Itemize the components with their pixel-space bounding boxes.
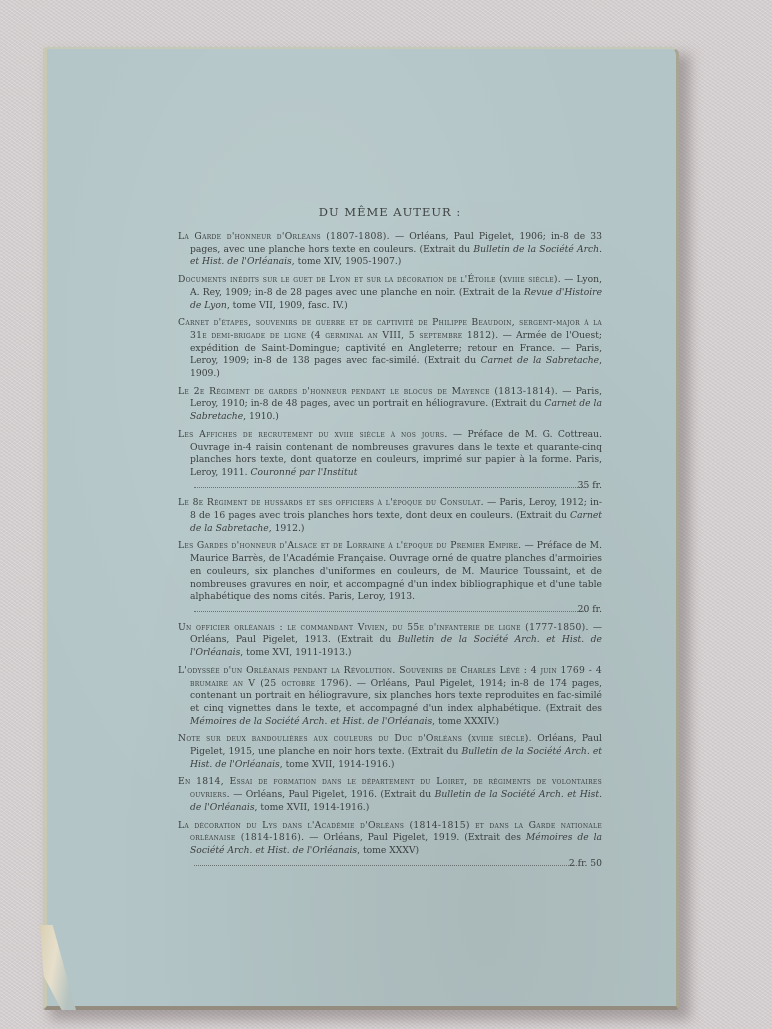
bibliography-entry: Les Gardes d'honneur d'Alsace et de Lorr… — [178, 540, 602, 616]
entry-source: Couronné par l'Institut — [251, 467, 358, 478]
bibliography-entry: La Garde d'honneur d'Orléans (1807-1808)… — [178, 231, 602, 269]
entry-source: Carnet de la Sabretache — [481, 355, 599, 366]
bibliography-entry: Un officier orléanais : le commandant Vi… — [178, 622, 602, 660]
bibliography-entry: La décoration du Lys dans l'Académie d'O… — [178, 820, 602, 871]
entry-title: La Garde d'honneur d'Orléans (1807-1808)… — [178, 231, 390, 242]
entry-price: 35 fr. — [590, 480, 602, 493]
entry-price: 20 fr. — [590, 604, 602, 617]
entry-source: Mémoires de la Société Arch. et Hist. de… — [190, 716, 432, 727]
page-heading: DU MÊME AUTEUR : — [178, 205, 602, 219]
bibliography-entry: Le 2e Régiment de gardes d'honneur penda… — [178, 386, 602, 424]
price-line: 35 fr. — [190, 480, 602, 493]
entry-tail: , tome XVII, 1914-1916.) — [255, 802, 370, 813]
entry-tail: , tome XXXV) — [357, 845, 419, 856]
bibliography-entry: Note sur deux bandoulières aux couleurs … — [178, 733, 602, 771]
price-line: 20 fr. — [190, 604, 602, 617]
dot-leader — [194, 865, 577, 866]
bibliography-entry: Les Affiches de recrutement du xviie siè… — [178, 429, 602, 493]
entry-tail: , 1910.) — [243, 411, 279, 422]
dot-leader — [194, 611, 586, 612]
entry-price: 2 fr. 50 — [581, 858, 602, 871]
entry-title: Documents inédits sur le guet de Lyon et… — [178, 274, 561, 285]
entry-title: Un officier orléanais : le commandant Vi… — [178, 622, 589, 633]
entry-title: Le 2e Régiment de gardes d'honneur penda… — [178, 386, 558, 397]
entry-body: — Orléans, Paul Pigelet, 1916. (Extrait … — [230, 789, 435, 800]
bibliography: DU MÊME AUTEUR : La Garde d'honneur d'Or… — [178, 205, 602, 875]
entry-title: Note sur deux bandoulières aux couleurs … — [178, 733, 532, 744]
price-line: 2 fr. 50 — [190, 858, 602, 871]
entry-title: Le 8e Régiment de hussards et ses offici… — [178, 497, 484, 508]
entry-tail: , tome VII, 1909, fasc. IV.) — [227, 300, 348, 311]
bibliography-entry: L'odyssée d'un Orléanais pendant la Révo… — [178, 665, 602, 729]
dot-leader — [194, 487, 586, 488]
entry-title: Les Affiches de recrutement du xviie siè… — [178, 429, 448, 440]
entry-tail: , tome XXXIV.) — [432, 716, 499, 727]
bibliography-entry: Carnet d'étapes, souvenirs de guerre et … — [178, 317, 602, 381]
bibliography-entry: Le 8e Régiment de hussards et ses offici… — [178, 497, 602, 535]
entry-tail: , tome XVI, 1911-1913.) — [240, 647, 351, 658]
bibliography-entry: En 1814, Essai de formation dans le dépa… — [178, 776, 602, 814]
entry-list: La Garde d'honneur d'Orléans (1807-1808)… — [178, 231, 602, 870]
entry-tail: , tome XIV, 1905-1907.) — [292, 256, 402, 267]
bibliography-entry: Documents inédits sur le guet de Lyon et… — [178, 274, 602, 312]
entry-body: — Orléans, Paul Pigelet, 1919. (Extrait … — [304, 832, 525, 843]
entry-tail: , 1912.) — [269, 523, 305, 534]
entry-tail: , tome XVII, 1914-1916.) — [280, 759, 395, 770]
entry-title: Les Gardes d'honneur d'Alsace et de Lorr… — [178, 540, 521, 551]
